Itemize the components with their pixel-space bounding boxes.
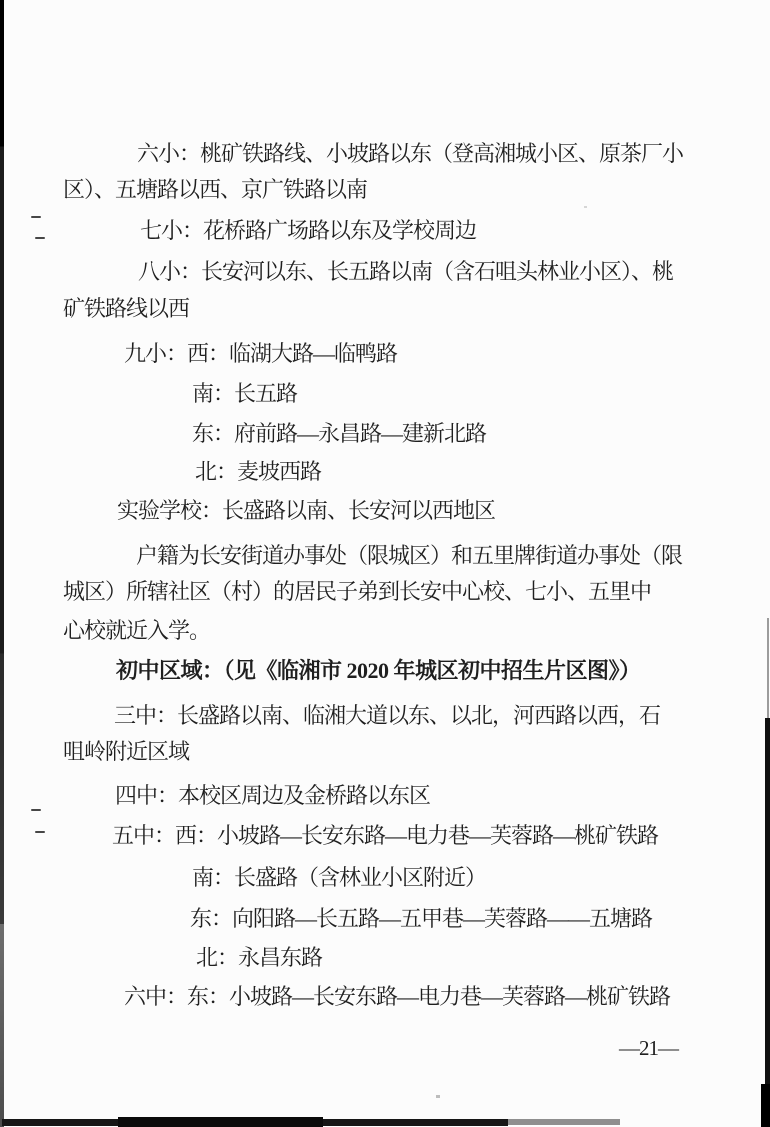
text-line: 七小：花桥路广场路以东及学校周边 (140, 217, 476, 244)
text-line: 六小：桃矿铁路线、小坡路以东（登高湘城小区、原茶厂小 (137, 140, 683, 167)
text-line: 户籍为长安街道办事处（限城区）和五里牌街道办事处（限 (136, 542, 682, 569)
margin-dash-mark (35, 237, 45, 239)
text-line: 东：向阳路—长五路—五甲巷—芙蓉路——五塘路 (190, 905, 652, 932)
text-line: 北：永昌东路 (196, 944, 322, 971)
scan-edge-right-bottom (761, 1084, 770, 1127)
text-line: 南：长五路 (192, 380, 297, 407)
text-line: 矿铁路线以西 (63, 295, 189, 322)
text-line: 咀岭附近区域 (63, 738, 189, 765)
text-line: 北：麦坡西路 (195, 458, 321, 485)
page-number: —21— (619, 1036, 678, 1061)
scan-edge-right (765, 718, 770, 1127)
text-line: 东：府前路—永昌路—建新北路 (192, 420, 486, 447)
scanned-page: 六小：桃矿铁路线、小坡路以东（登高湘城小区、原茶厂小 区）、五塘路以西、京广铁路… (0, 0, 770, 1127)
text-line: 南：长盛路（含林业小区附近） (192, 864, 486, 891)
scan-edge-bottom-dark (118, 1117, 323, 1127)
margin-dash-mark (31, 809, 41, 811)
scan-edge-bottom-gray (508, 1119, 620, 1125)
text-line: 心校就近入学。 (63, 617, 210, 644)
text-line: 八小：长安河以东、长五路以南（含石咀头林业小区）、桃 (138, 258, 673, 285)
margin-dash-mark (31, 216, 41, 218)
scan-speck (584, 206, 587, 208)
text-line: 区）、五塘路以西、京广铁路以南 (63, 176, 367, 203)
text-line: 四中：本校区周边及金桥路以东区 (115, 782, 430, 809)
scan-edge-bottom (2, 1119, 508, 1126)
scan-speck (436, 1095, 440, 1098)
text-line: 九小：西：临湖大路—临鸭路 (124, 340, 397, 367)
text-line: 五中：西：小坡路—长安东路—电力巷—芙蓉路—桃矿铁路 (112, 822, 658, 849)
section-heading: 初中区域：（见《临湘市 2020 年城区初中招生片区图》） (116, 657, 641, 684)
margin-dash-mark (35, 831, 45, 833)
text-line: 三中：长盛路以南、临湘大道以东、以北，河西路以西，石 (114, 702, 660, 729)
text-line: 六中：东：小坡路—长安东路—电力巷—芙蓉路—桃矿铁路 (124, 983, 670, 1010)
scan-edge-left (0, 0, 4, 1127)
scan-edge-right-thin (767, 618, 769, 722)
text-line: 城区）所辖社区（村）的居民子弟到长安中心校、七小、五里中 (63, 578, 651, 605)
text-line: 实验学校：长盛路以南、长安河以西地区 (117, 497, 495, 524)
